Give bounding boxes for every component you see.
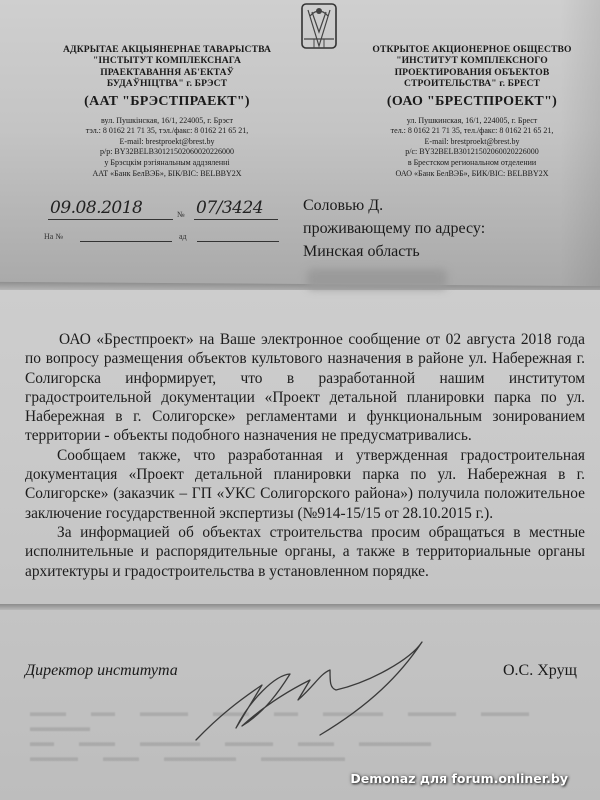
org-abbreviation-ru: (ОАО "БРЕСТПРОЕКТ") [347, 94, 597, 111]
org-abbreviation-by: (ААТ "БРЭСТПРАЕКТ") [42, 94, 292, 111]
phone-line: тэл.: 8 0162 21 71 35, тэл./факс: 8 0162… [42, 126, 292, 137]
org-name-ru: ОТКРЫТОЕ АКЦИОНЕРНОЕ ОБЩЕСТВО "ИНСТИТУТ … [347, 44, 597, 89]
org-contacts-by: вул. Пушкінская, 16/1, 224005, г. Брэст … [42, 116, 292, 179]
number-underline [194, 219, 278, 220]
signatory-name: О.С. Хрущ [503, 662, 577, 680]
addressee-label: проживающему по адресу: [303, 217, 485, 240]
email-line: E-mail: brestproekt@brest.by [42, 137, 292, 148]
org-name-by: АДКРЫТАЕ АКЦЫЯНЕРНАЕ ТАВАРЫСТВА "ІНСТЫТУ… [42, 44, 292, 89]
registration-block: 09.08.2018 № 07/3424 На № ад [40, 196, 285, 244]
org-line: БУДАЎНІЦТВА" г. БРЭСТ [42, 78, 292, 89]
number-label: № [177, 210, 185, 219]
handwritten-number: 07/3424 [196, 198, 263, 218]
letterhead-russian: ОТКРЫТОЕ АКЦИОНЕРНОЕ ОБЩЕСТВО "ИНСТИТУТ … [347, 44, 597, 179]
address-line: ул. Пушкинская, 16/1, 224005, г. Брест [347, 116, 597, 127]
letterhead-belarusian: АДКРЫТАЕ АКЦЫЯНЕРНАЕ ТАВАРЫСТВА "ІНСТЫТУ… [42, 44, 292, 179]
account-line: р/р: BY32BELB30121502060020226000 [42, 147, 292, 158]
bank-line: ААТ «Банк БелВЭБ», БІК/BIC: BELBBY2X [42, 169, 292, 180]
org-line: ПРАЕКТАВАННЯ АБ'ЕКТАЎ [42, 67, 292, 78]
paragraph-response: ОАО «Брестпроект» на Ваше электронное со… [25, 330, 585, 446]
paper-fold-lower [0, 604, 600, 610]
org-contacts-ru: ул. Пушкинская, 16/1, 224005, г. Брест т… [347, 116, 597, 179]
bank-branch-line: в Брестском региональном отделении [347, 158, 597, 169]
email-line: E-mail: brestproekt@brest.by [347, 137, 597, 148]
redacted-address [307, 269, 447, 289]
reference-label: На № [44, 232, 63, 241]
paragraph-expertise: Сообщаем также, что разработанная и утве… [25, 446, 585, 523]
address-line: вул. Пушкінская, 16/1, 224005, г. Брэст [42, 116, 292, 127]
bank-branch-line: у Брэсцкім рэгіянальным аддзяленні [42, 158, 292, 169]
reference-date-line [197, 241, 279, 242]
date-number-row: 09.08.2018 № 07/3424 [40, 196, 285, 222]
reference-date-label: ад [179, 232, 187, 241]
handwritten-date: 09.08.2018 [50, 198, 142, 218]
addressee-region: Минская область [303, 240, 485, 263]
org-line: ПРОЕКТИРОВАНИЯ ОБЪЕКТОВ [347, 67, 597, 78]
signatory-title: Директор института [25, 662, 178, 680]
letter-body: ОАО «Брестпроект» на Ваше электронное со… [25, 330, 585, 581]
handwritten-signature [180, 630, 500, 770]
org-line: ОТКРЫТОЕ АКЦИОНЕРНОЕ ОБЩЕСТВО [347, 44, 597, 55]
org-line: "ІНСТЫТУТ КОМПЛЕКСНАГА [42, 55, 292, 66]
bank-line: ОАО «Банк БелВЭБ», БИК/BIC: BELBBY2X [347, 169, 597, 180]
coat-of-arms-icon [300, 2, 338, 50]
org-line: "ИНСТИТУТ КОМПЛЕКСНОГО [347, 55, 597, 66]
addressee-block: Соловью Д. проживающему по адресу: Минск… [303, 194, 485, 289]
org-line: АДКРЫТАЕ АКЦЫЯНЕРНАЕ ТАВАРЫСТВА [42, 44, 292, 55]
date-underline [48, 219, 173, 220]
phone-line: тел.: 8 0162 21 71 35, тел./факс: 8 0162… [347, 126, 597, 137]
account-line: р/с: BY32BELB30121502060020226000 [347, 147, 597, 158]
reference-number-line [80, 241, 172, 242]
org-line: СТРОИТЕЛЬСТВА" г. БРЕСТ [347, 78, 597, 89]
paragraph-referral: За информацией об объектах строительства… [25, 523, 585, 581]
watermark: Demonaz для forum.onliner.by [350, 771, 568, 786]
addressee-name: Соловью Д. [303, 194, 485, 217]
reference-row: На № ад [40, 222, 285, 244]
